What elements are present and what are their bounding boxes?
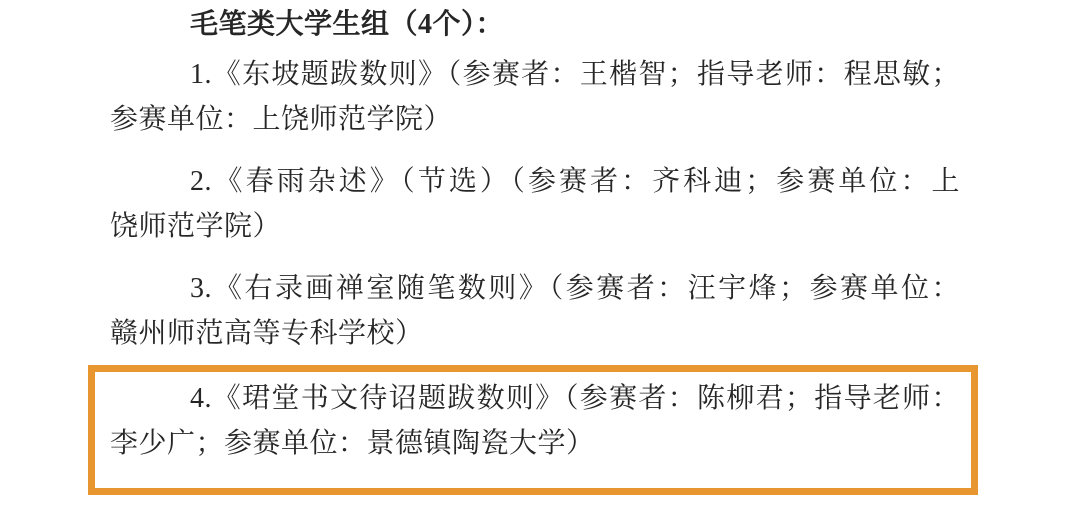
entry-3-line-2: 赣州师范高等专科学校） (110, 311, 960, 356)
group-heading: 毛笔类大学生组（4个）： (110, 2, 960, 47)
document-page: 毛笔类大学生组（4个）： 1.《东坡题跋数则》（参赛者：王楷智；指导老师：程思敏… (0, 0, 1080, 513)
entry-1-line-1: 1.《东坡题跋数则》（参赛者：王楷智；指导老师：程思敏； (110, 52, 960, 97)
entry-1-line-2: 参赛单位：上饶师范学院） (110, 97, 960, 142)
entry-4-line-2: 李少广；参赛单位：景德镇陶瓷大学） (110, 421, 960, 466)
entry-4: 4.《珺堂书文待诏题跋数则》（参赛者：陈柳君；指导老师： 李少广；参赛单位：景德… (110, 376, 960, 466)
entry-4-line-1: 4.《珺堂书文待诏题跋数则》（参赛者：陈柳君；指导老师： (110, 376, 960, 421)
highlight-box: 4.《珺堂书文待诏题跋数则》（参赛者：陈柳君；指导老师： 李少广；参赛单位：景德… (88, 365, 978, 495)
entry-1: 1.《东坡题跋数则》（参赛者：王楷智；指导老师：程思敏； 参赛单位：上饶师范学院… (110, 52, 960, 142)
entry-2: 2.《春雨杂述》（节选）（参赛者：齐科迪；参赛单位：上 饶师范学院） (110, 159, 960, 249)
entry-3-line-1: 3.《右录画禅室随笔数则》（参赛者：汪宇烽；参赛单位： (110, 266, 960, 311)
entry-3: 3.《右录画禅室随笔数则》（参赛者：汪宇烽；参赛单位： 赣州师范高等专科学校） (110, 266, 960, 356)
entry-2-line-1: 2.《春雨杂述》（节选）（参赛者：齐科迪；参赛单位：上 (110, 159, 960, 204)
entry-2-line-2: 饶师范学院） (110, 204, 960, 249)
